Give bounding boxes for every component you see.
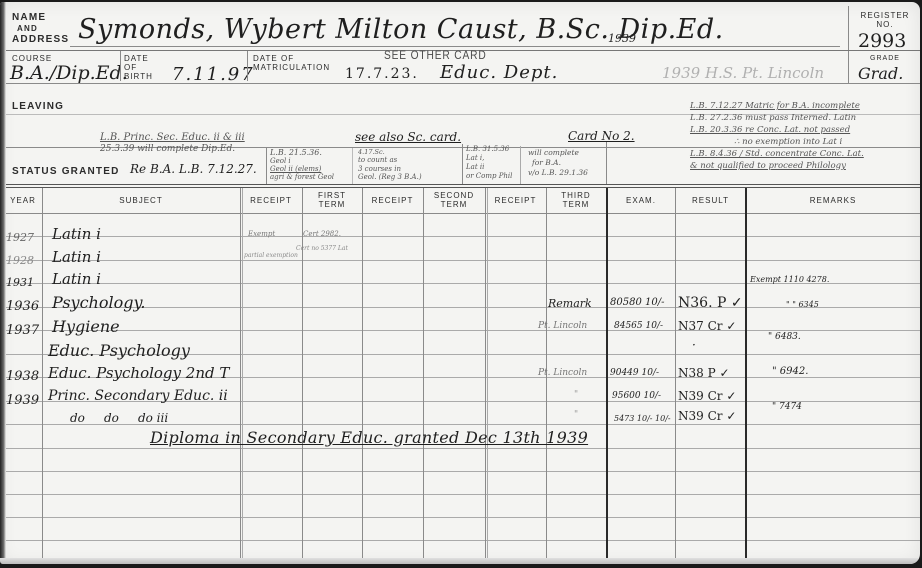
matric-label-line2: MATRICULATION — [253, 63, 330, 72]
col-header-second-term: SECOND TERM — [426, 188, 482, 212]
see-also-note: see also Sc. card. — [355, 130, 461, 144]
status-granted-label: STATUS GRANTED — [12, 166, 120, 177]
right-note: L.B. 27.2.36 must pass Interned. Latin — [676, 112, 920, 124]
col-rule — [240, 188, 241, 560]
cell-subject: Latin i — [52, 270, 101, 288]
col-rule — [302, 188, 303, 560]
name-year: 1939 — [608, 32, 636, 45]
cell-remarks: Exempt 1110 4278. — [750, 275, 829, 284]
matric-note: Educ. Dept. — [440, 62, 558, 83]
status-box-4-line: for B.A. — [528, 158, 588, 168]
student-record-card: NAME AND ADDRESS Symonds, Wybert Milton … — [0, 2, 920, 564]
status-box-3-line: Lat i, — [466, 154, 512, 163]
status-box-divider-5 — [606, 142, 607, 184]
status-box-1-line: Geol ii (elems) — [270, 165, 334, 173]
row-rule — [6, 213, 920, 214]
cell-result: N38 P ✓ — [678, 366, 730, 380]
cell-year: 1937 — [6, 323, 39, 338]
cell-third-term: Pt. Lincoln — [538, 321, 587, 331]
card-bottom-edge — [0, 558, 920, 564]
cell-third-term: Pt. Lincoln — [538, 368, 587, 378]
row-rule — [6, 517, 920, 518]
cell-result: N39 Cr ✓ — [678, 409, 736, 423]
col-rule-exam — [606, 188, 608, 560]
cell-exam: 95600 10/- — [612, 391, 661, 401]
cell-receipt: partial exemption — [244, 252, 298, 259]
leaving-label: LEAVING — [12, 101, 64, 112]
dob-label-line3: BIRTH — [124, 72, 153, 81]
cell-exam: 90449 10/- — [610, 368, 659, 378]
status-box-3-line: or Comp Phil — [466, 172, 512, 181]
status-bottom-rule-1 — [6, 184, 920, 185]
cell-result: N36. P ✓ — [678, 295, 743, 311]
row-rule — [6, 260, 920, 261]
status-box-1: L.B. 21.5.36. Geol i Geol ii (elems) agr… — [270, 148, 334, 181]
leaving-note-1: L.B. Princ. Sec. Educ. ii & iii — [100, 132, 245, 143]
cell-exam: 80580 10/- — [610, 297, 664, 308]
cell-subject: Educ. Psychology — [48, 341, 190, 360]
cell-year: 1939 — [6, 393, 39, 408]
col-rule — [485, 188, 486, 560]
cell-year: 1931 — [6, 276, 34, 289]
cell-result: · — [692, 338, 696, 352]
dob-label: DATE OF BIRTH — [124, 54, 153, 81]
pencil-note: 1939 H.S. Pt. Lincoln — [662, 64, 824, 82]
status-box-4: will complete for B.A. v/o L.B. 29.1.36 — [528, 148, 588, 178]
col-rule — [362, 188, 363, 560]
name-underline — [70, 46, 840, 47]
status-box-4-line: v/o L.B. 29.1.36 — [528, 168, 588, 178]
right-note: & not qualified to proceed Philology — [676, 160, 920, 172]
col-rule — [242, 188, 243, 560]
cell-remarks: " 7474 — [772, 402, 802, 412]
status-box-2-line: Geol. (Reg 3 B.A.) — [358, 173, 422, 182]
cell-exam: 84565 10/- — [614, 321, 663, 331]
status-box-2: 4.17.Sc. to count as 3 courses in Geol. … — [358, 148, 422, 182]
row-rule — [6, 330, 920, 331]
col-rule — [42, 188, 43, 560]
col-rule — [487, 188, 488, 560]
course-row-divider — [6, 83, 920, 84]
col-header-receipt-1: RECEIPT — [240, 188, 302, 212]
status-box-2-line: 4.17.Sc. — [358, 148, 422, 156]
row-rule — [6, 494, 920, 495]
status-box-divider-3 — [462, 144, 463, 184]
leaving-note-2: 25.3.39 will complete Dip.Ed. — [100, 144, 235, 154]
col-header-receipt-2: RECEIPT — [362, 188, 423, 212]
right-note: L.B. 8.4.36 / Std. concentrate Conc. Lat… — [676, 148, 920, 160]
name-label-line: NAME — [12, 12, 69, 23]
col-header-year: YEAR — [4, 188, 42, 212]
cell-result: N39 Cr ✓ — [678, 389, 736, 403]
register-label-line2: NO. — [850, 20, 920, 29]
cell-third-term: " — [574, 390, 578, 400]
col-header-subject: SUBJECT — [42, 188, 240, 212]
row-rule — [6, 540, 920, 541]
name-label: NAME AND ADDRESS — [12, 12, 69, 45]
right-note: L.B. 7.12.27 Matric for B.A. incomplete — [676, 100, 920, 112]
cell-year: 1936 — [6, 299, 39, 314]
status-box-3-line: Lat ii — [466, 163, 512, 172]
address-label-line: ADDRESS — [12, 34, 69, 45]
dob-divider — [247, 51, 248, 81]
register-label-line1: REGISTER — [850, 11, 920, 20]
cell-first-term: Cert 2982. — [303, 230, 341, 238]
cell-remarks: " 6483. — [768, 332, 801, 342]
course-divider — [120, 51, 121, 81]
status-box-3-line: L.B. 31.5.36 — [466, 145, 512, 154]
col-header-result: RESULT — [675, 188, 746, 212]
card-number-note: Card No 2. — [568, 129, 635, 143]
cell-result: N37 Cr ✓ — [678, 319, 736, 333]
status-box-divider-4 — [520, 146, 521, 184]
and-label-line: AND — [12, 23, 69, 34]
cell-year: 1938 — [6, 369, 39, 384]
status-box-1-line: L.B. 21.5.36. — [270, 148, 334, 157]
col-rule — [423, 188, 424, 560]
status-box-1-line: Geol i — [270, 157, 334, 165]
cell-subject: Hygiene — [52, 317, 120, 336]
row-rule — [6, 236, 920, 237]
register-label: REGISTER NO. — [850, 11, 920, 29]
col-header-first-term: FIRST TERM — [305, 188, 359, 212]
col-header-exam: EXAM. — [607, 188, 675, 212]
status-box-3: L.B. 31.5.36 Lat i, Lat ii or Comp Phil — [466, 145, 512, 181]
status-box-4-line: will complete — [528, 148, 588, 158]
row-rule — [6, 471, 920, 472]
cell-subject: Educ. Psychology 2nd T — [48, 364, 229, 382]
col-header-third-term: THIRD TERM — [549, 188, 603, 212]
col-header-remarks: REMARKS — [746, 188, 920, 212]
course-value: B.A./Dip.Ed. — [10, 62, 128, 84]
see-other-card-stamp: SEE OTHER CARD — [384, 48, 487, 62]
status-box-1-line: agri & forest Geol — [270, 173, 334, 181]
right-note: L.B. 20.3.36 re Conc. Lat. not passed — [676, 124, 920, 136]
diploma-granted-note: Diploma in Secondary Educ. granted Dec 1… — [150, 428, 588, 447]
cell-year: 1927 — [6, 231, 34, 244]
grade-divider — [848, 51, 849, 83]
matric-value: 17.7.23. — [345, 66, 419, 82]
cell-subject: Psychology. — [52, 293, 145, 312]
col-rule — [675, 188, 676, 560]
status-box-divider-2 — [352, 148, 353, 184]
cell-remarks: " 6942. — [772, 366, 808, 377]
cell-first-term: Cert no 5377 Lat — [296, 245, 348, 252]
matric-label-line1: DATE OF — [253, 54, 330, 63]
dob-label-line2: OF — [124, 63, 153, 72]
cell-receipt: Exempt — [248, 230, 275, 238]
grade-value: Grad. — [858, 64, 903, 83]
cell-subject: Latin i — [52, 225, 101, 243]
col-rule-remarks — [745, 188, 747, 560]
cell-year: 1928 — [6, 254, 34, 267]
status-box-2-line: 3 courses in — [358, 165, 422, 174]
cell-subject: do do do iii — [70, 411, 168, 425]
matric-label: DATE OF MATRICULATION — [253, 54, 330, 72]
row-rule — [6, 448, 920, 449]
status-box-divider-1 — [266, 148, 267, 184]
dob-value: 7.11.97 — [172, 64, 255, 85]
cell-remarks: " " 6345 — [786, 300, 819, 309]
cell-subject: Princ. Secondary Educ. ii — [48, 388, 228, 404]
cell-third-term: Remark — [548, 297, 592, 310]
dob-label-line1: DATE — [124, 54, 153, 63]
cell-third-term: " — [574, 410, 578, 420]
cell-subject: Latin i — [52, 248, 101, 266]
status-box-2-line: to count as — [358, 156, 422, 165]
grade-label: GRADE — [850, 54, 920, 63]
col-header-receipt-3: RECEIPT — [485, 188, 546, 212]
status-granted-value: Re B.A. L.B. 7.12.27. — [130, 162, 257, 176]
right-note: ∴ no exemption into Lat i — [676, 136, 920, 148]
leaving-right-notes: L.B. 7.12.27 Matric for B.A. incomplete … — [676, 100, 920, 172]
cell-exam: 5473 10/- 10/- — [614, 414, 671, 423]
register-number: 2993 — [858, 30, 906, 52]
